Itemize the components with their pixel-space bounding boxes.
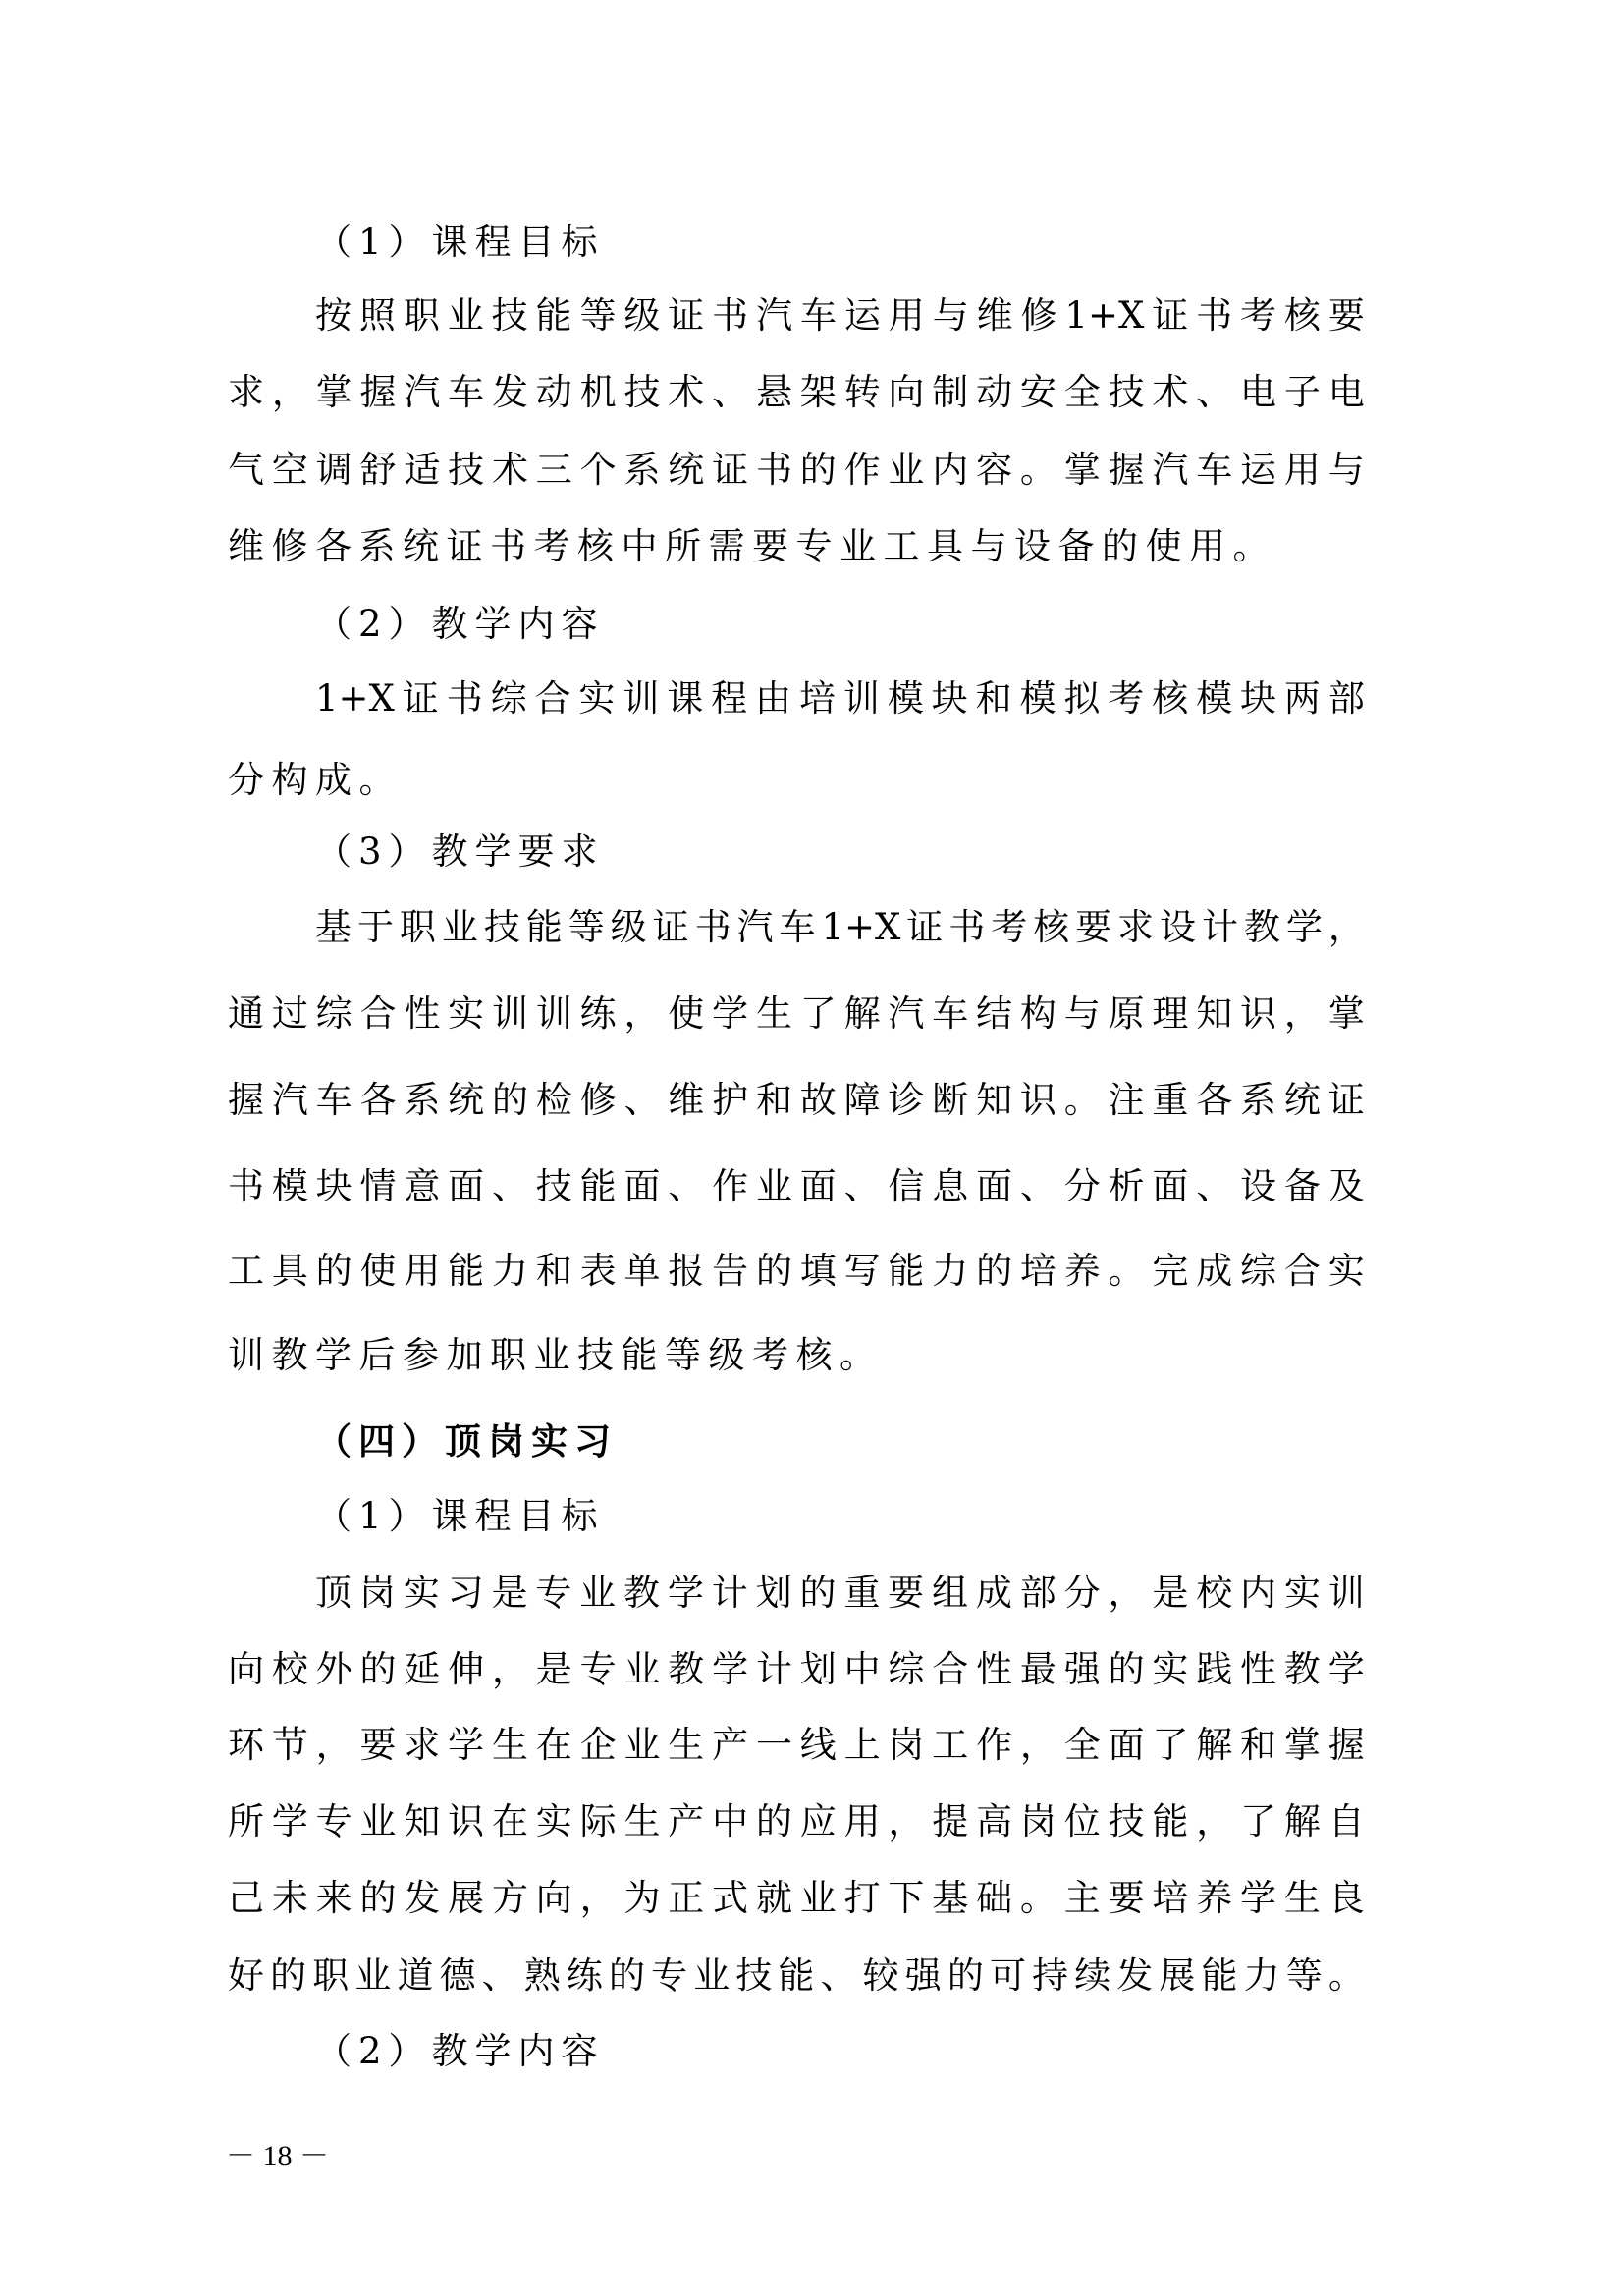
subheading-course-objective: （1）课程目标: [315, 218, 605, 267]
subheading-teaching-requirements: （3）教学要求: [315, 828, 605, 877]
document-page: （1）课程目标 按照职业技能等级证书汽车运用与维修1+X证书考核要 求，掌握汽车…: [0, 0, 1624, 2296]
paragraph-line: 握汽车各系统的检修、维护和故障诊断知识。注重各系统证: [228, 1076, 1365, 1125]
subheading-teaching-content: （2）教学内容: [315, 600, 605, 649]
paragraph-line: 所学专业知识在实际生产中的应用，提高岗位技能，了解自: [228, 1797, 1365, 1846]
paragraph-line: 书模块情意面、技能面、作业面、信息面、分析面、设备及: [228, 1162, 1365, 1211]
subheading-teaching-content: （2）教学内容: [315, 2027, 605, 2076]
paragraph-line: 己未来的发展方向，为正式就业打下基础。主要培养学生良: [228, 1874, 1365, 1923]
paragraph-line: 好的职业道德、熟练的专业技能、较强的可持续发展能力等。: [228, 1951, 1365, 2001]
paragraph-line: 维修各系统证书考核中所需要专业工具与设备的使用。: [228, 522, 1276, 571]
paragraph-line: 气空调舒适技术三个系统证书的作业内容。掌握汽车运用与: [228, 446, 1365, 495]
paragraph-line: 工具的使用能力和表单报告的填写能力的培养。完成综合实: [228, 1247, 1365, 1296]
paragraph-line: 分构成。: [228, 756, 403, 805]
paragraph-line: 按照职业技能等级证书汽车运用与维修1+X证书考核要: [315, 292, 1365, 341]
paragraph-line: 通过综合性实训训练，使学生了解汽车结构与原理知识，掌: [228, 989, 1365, 1039]
paragraph-line: 向校外的延伸，是专业教学计划中综合性最强的实践性教学: [228, 1645, 1365, 1694]
paragraph-line: 基于职业技能等级证书汽车1+X证书考核要求设计教学，: [315, 903, 1365, 952]
section-heading-internship: （四）顶岗实习: [315, 1416, 618, 1466]
page-number: － 18 －: [226, 2137, 329, 2176]
subheading-course-objective: （1）课程目标: [315, 1492, 605, 1541]
paragraph-line: 训教学后参加职业技能等级考核。: [228, 1331, 884, 1380]
paragraph-line: 环节，要求学生在企业生产一线上岗工作，全面了解和掌握: [228, 1721, 1365, 1770]
paragraph-line: 求，掌握汽车发动机技术、悬架转向制动安全技术、电子电: [228, 368, 1365, 417]
paragraph-line: 顶岗实习是专业教学计划的重要组成部分，是校内实训: [315, 1569, 1365, 1618]
paragraph-line: 1+X证书综合实训课程由培训模块和模拟考核模块两部: [315, 674, 1365, 723]
